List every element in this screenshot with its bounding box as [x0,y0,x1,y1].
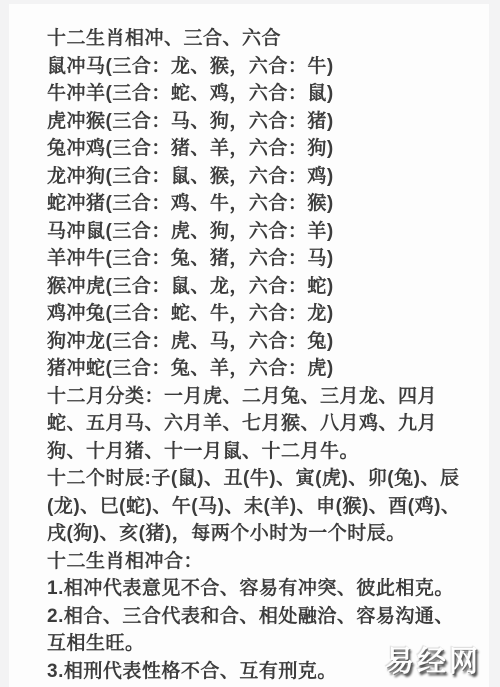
article-card: 十二生肖相冲、三合、六合 鼠冲马(三合：龙、猴，六合：牛) 牛冲羊(三合：蛇、鸡… [9,4,489,687]
yijing-site-watermark: 易经网 [385,639,481,680]
zodiac-line: 羊冲牛(三合：兔、猪，六合：马) [47,245,463,273]
zodiac-line: 狗冲龙(三合：虎、马，六合：兔) [47,328,463,356]
zodiac-line: 猪冲蛇(三合：兔、羊，六合：虎) [47,355,463,383]
zodiac-line: 虎冲猴(三合：马、狗，六合：猪) [47,108,463,136]
document-title: 十二生肖相冲、三合、六合 [47,25,463,53]
zodiac-line: 猴冲虎(三合：鼠、龙，六合：蛇) [47,273,463,301]
twelve-hours-paragraph: 十二个时辰:子(鼠)、丑(牛)、寅(虎)、卯(兔)、辰(龙)、巳(蛇)、午(马)… [47,465,463,548]
zodiac-line: 兔冲鸡(三合：猪、羊，六合：狗) [47,135,463,163]
zodiac-line: 牛冲羊(三合：蛇、鸡，六合：鼠) [47,80,463,108]
zodiac-line: 马冲鼠(三合：虎、狗，六合：羊) [47,218,463,246]
zodiac-line: 鸡冲兔(三合：蛇、牛，六合：龙) [47,300,463,328]
zodiac-line: 鼠冲马(三合：龙、猴，六合：牛) [47,53,463,81]
zodiac-line: 蛇冲猪(三合：鸡、牛，六合：猴) [47,190,463,218]
zodiac-line: 龙冲狗(三合：鼠、猴，六合：鸡) [47,163,463,191]
article-content: 十二生肖相冲、三合、六合 鼠冲马(三合：龙、猴，六合：牛) 牛冲羊(三合：蛇、鸡… [9,4,489,685]
page-background: 十二生肖相冲、三合、六合 鼠冲马(三合：龙、猴，六合：牛) 牛冲羊(三合：蛇、鸡… [0,0,500,687]
note-item: 1.相冲代表意见不合、容易有冲突、彼此相克。 [47,575,463,603]
month-classification-paragraph: 十二月分类：一月虎、二月兔、三月龙、四月蛇、五月马、六月羊、七月猴、八月鸡、九月… [47,383,463,466]
chong-he-heading: 十二生肖相冲合： [47,548,463,576]
